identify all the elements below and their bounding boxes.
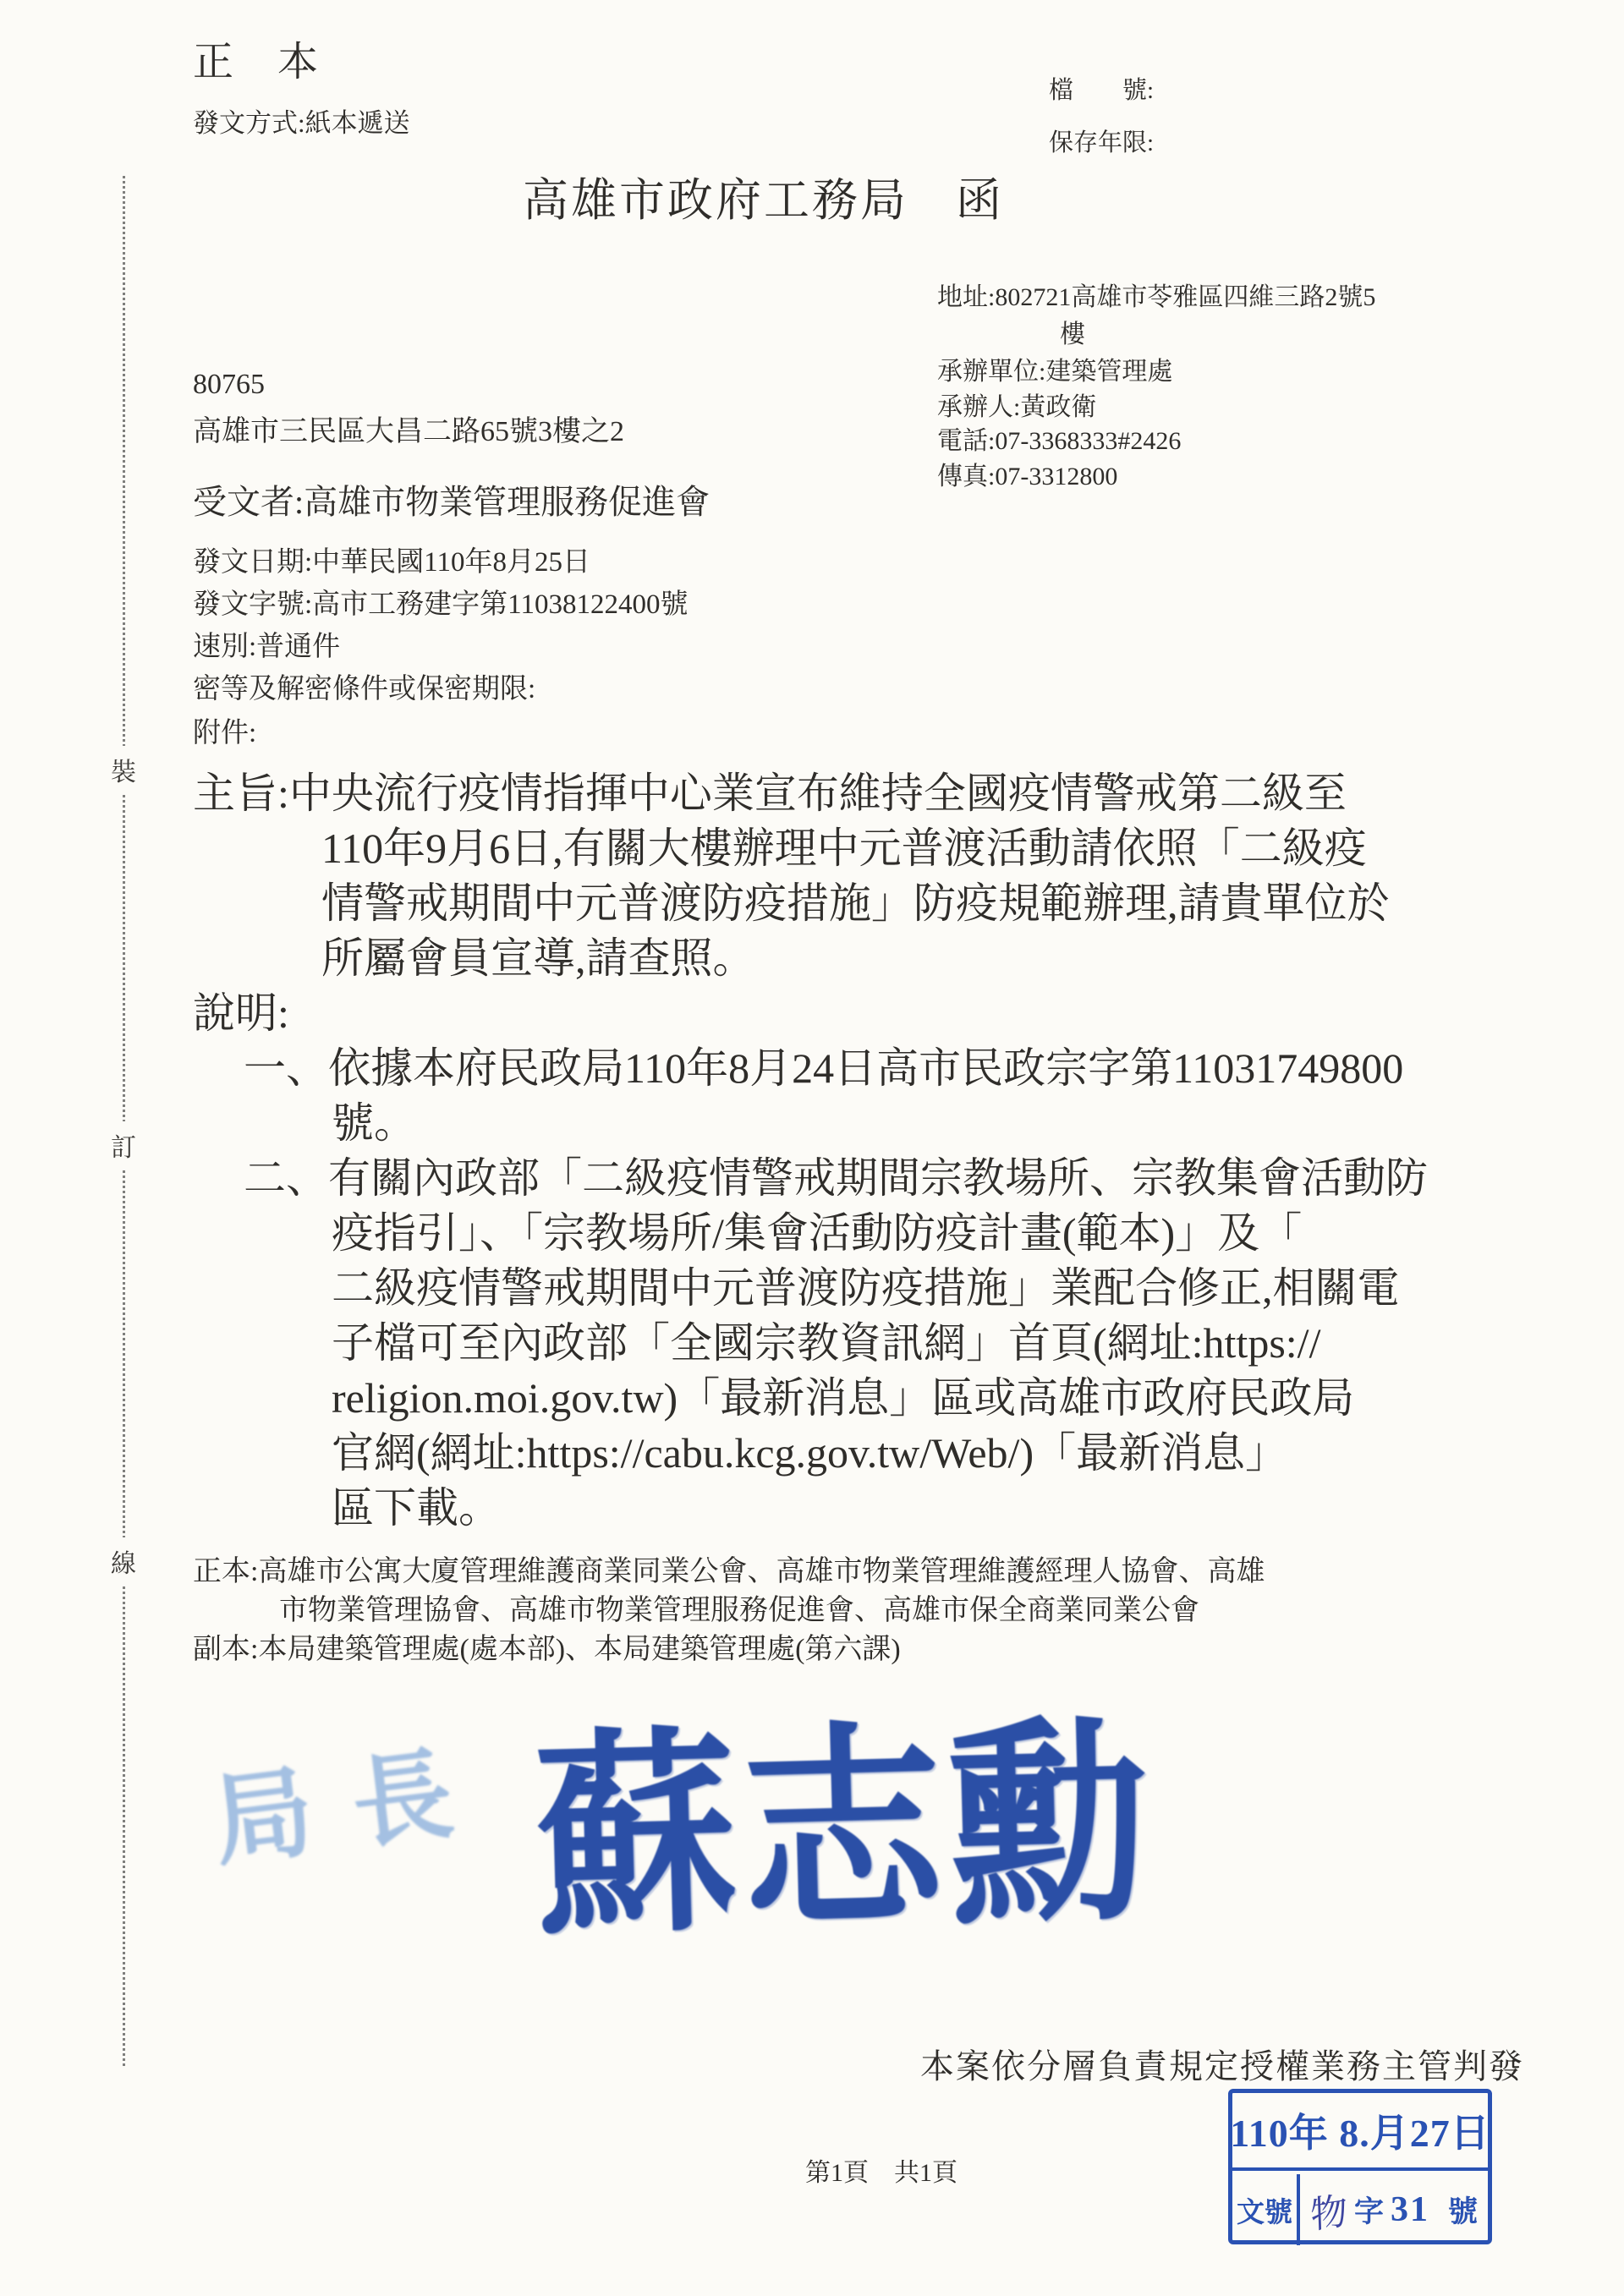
sender-contact-person: 承辦人:黃政衛 [937, 386, 1096, 423]
director-signature-stamp: 蘇志勳 [531, 1648, 1158, 1976]
explanation-heading: 說明: [193, 979, 289, 1040]
sender-address-line1: 地址:802721高雄市苓雅區四維三路2號5 [937, 276, 1375, 313]
copy-type-label: 正 本 [193, 29, 320, 87]
security-class: 密等及解密條件或保密期限: [193, 666, 535, 706]
page-indicator: 第1頁 共1頁 [805, 2151, 957, 2189]
speed-class: 速別:普通件 [193, 624, 340, 664]
binding-char-ding: 訂 [107, 1121, 140, 1169]
stamp-docno-row: 文號 物 字 31 號 [1232, 2174, 1488, 2245]
sender-unit: 承辦單位:建築管理處 [937, 350, 1172, 387]
explanation-item2-line: 二級疫情警戒期間中元普渡防疫措施」業配合修正,相關電 [332, 1254, 1400, 1315]
subject-line: 110年9月6日,有關大樓辦理中元普渡活動請依照「二級疫 [321, 814, 1367, 875]
explanation-item2-line: religion.moi.gov.tw)「最新消息」區或高雄市政府民政局 [332, 1364, 1354, 1425]
attachment-label: 附件: [193, 710, 256, 750]
original-copies-line: 市物業管理協會、高雄市物業管理服務促進會、高雄市保全商業同業公會 [279, 1586, 1199, 1628]
explanation-item1-line: 號。 [332, 1089, 416, 1150]
subject-line: 所屬會員宣導,請查照。 [321, 924, 755, 985]
binding-char-xian: 線 [107, 1537, 140, 1585]
document-title: 高雄市政府工務局函 [523, 164, 1004, 229]
subject-line: 主旨:中央流行疫情指揮中心業宣布維持全國疫情警戒第二級至 [193, 759, 1347, 820]
date-stamp-box: 110年 8.月27日 文號 物 字 31 號 [1228, 2089, 1492, 2244]
retention-period-label: 保存年限: [1049, 123, 1154, 158]
issuer-name: 高雄市政府工務局 [523, 175, 908, 226]
binding-char-zhuang: 裝 [107, 746, 140, 793]
recipient-name: 受文者:高雄市物業管理服務促進會 [193, 475, 710, 523]
document-number: 發文字號:高市工務建字第11038122400號 [193, 582, 688, 622]
stamp-date: 110年 8.月27日 [1232, 2093, 1488, 2171]
explanation-item2-line: 子檔可至內政部「全國宗教資訊網」首頁(網址:https:// [332, 1309, 1320, 1370]
issue-date: 發文日期:中華民國110年8月25日 [193, 540, 590, 579]
stamp-suffix: 號 [1448, 2189, 1478, 2231]
recipient-address: 高雄市三民區大昌二路65號3樓之2 [193, 408, 624, 449]
explanation-item2-line: 區下載。 [332, 1474, 501, 1535]
stamp-docno-value: 物 字 31 號 [1300, 2174, 1488, 2245]
sender-address-line2: 樓 [1060, 313, 1085, 350]
stamp-docno-label: 文號 [1232, 2174, 1300, 2245]
stamp-series-handwritten: 物 [1309, 2180, 1348, 2239]
delivery-method-label: 發文方式:紙本遞送 [193, 101, 410, 140]
delegation-note: 本案依分層負責規定授權業務主管判發 [920, 2040, 1524, 2088]
sender-fax: 傳真:07-3312800 [937, 455, 1117, 492]
document-kind: 函 [956, 175, 1004, 226]
original-copies-line: 正本:高雄市公寓大廈管理維護商業同業公會、高雄市物業管理維護經理人協會、高雄 [193, 1548, 1265, 1589]
director-title-stamp: 局長 [204, 1708, 500, 1885]
sender-phone: 電話:07-3368333#2426 [937, 419, 1181, 457]
explanation-item2-line: 疫指引」、「宗教場所/集會活動防疫計畫(範本)」及「 [332, 1199, 1302, 1260]
scanned-official-letter: 裝 訂 線 正 本 發文方式:紙本遞送 檔 號: 保存年限: 高雄市政府工務局函… [0, 0, 1624, 2296]
stamp-series-char: 字 [1354, 2189, 1384, 2231]
explanation-item2-line: 二、有關內政部「二級疫情警戒期間宗教場所、宗教集會活動防 [244, 1144, 1428, 1205]
explanation-item2-line: 官網(網址:https://cabu.kcg.gov.tw/Web/)「最新消息… [332, 1419, 1287, 1480]
recipient-zipcode: 80765 [193, 369, 265, 401]
subject-line: 情警戒期間中元普渡防疫措施」防疫規範辦理,請貴單位於 [321, 869, 1390, 930]
explanation-item1-line: 一、依據本府民政局110年8月24日高市民政宗字第11031749800 [244, 1034, 1403, 1095]
stamp-number: 31 [1391, 2189, 1429, 2230]
file-number-label: 檔 號: [1049, 71, 1154, 106]
